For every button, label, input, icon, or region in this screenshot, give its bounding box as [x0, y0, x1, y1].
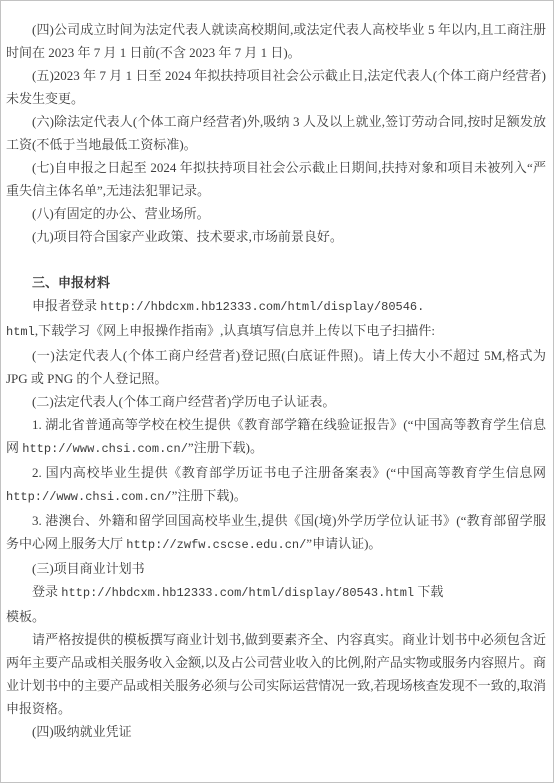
- text-segment: ”注册下载)。: [188, 440, 263, 455]
- url-text-cscse: http://zwfw.cscse.edu.cn/: [126, 538, 306, 552]
- clause-4-company-founding-time: (四)公司成立时间为法定代表人就读高校期间,或法定代表人高校毕业 5 年以内,且…: [6, 18, 546, 64]
- para-template-download: 登录 http://hbdcxm.hb12333.com/html/displa…: [6, 580, 546, 628]
- text-segment: 登录: [32, 584, 61, 599]
- material-1-registration-photo: (一)法定代表人(个体工商户经营者)登记照(白底证件照)。请上传大小不超过 5M…: [6, 344, 546, 390]
- item-1-hubei-students: 1. 湖北省普通高等学校在校生提供《教育部学籍在线验证报告》(“中国高等教育学生…: [6, 413, 546, 461]
- url-text-chsi: http://www.chsi.com.cn/: [6, 490, 172, 504]
- material-3-business-plan-title: (三)项目商业计划书: [6, 557, 546, 580]
- item-2-domestic-graduates: 2. 国内高校毕业生提供《教育部学历证书电子注册备案表》(“中国高等教育学生信息…: [6, 461, 546, 509]
- clause-6-employment-contracts: (六)除法定代表人(个体工商户经营者)外,吸纳 3 人及以上就业,签订劳动合同,…: [6, 110, 546, 156]
- clause-9-industry-policy: (九)项目符合国家产业政策、技术要求,市场前景良好。: [6, 225, 546, 248]
- para-login-and-guide: 申报者登录 http://hbdcxm.hb12333.com/html/dis…: [6, 294, 546, 344]
- document-page: (四)公司成立时间为法定代表人就读高校期间,或法定代表人高校毕业 5 年以内,且…: [0, 0, 554, 783]
- url-text-80543: http://hbdcxm.hb12333.com/html/display/8…: [61, 586, 414, 600]
- material-4-employment-proof: (四)吸纳就业凭证: [6, 720, 546, 743]
- clause-5-no-legal-rep-change: (五)2023 年 7 月 1 日至 2024 年拟扶持项目社会公示截止日,法定…: [6, 64, 546, 110]
- para-business-plan-requirements: 请严格按提供的模板撰写商业计划书,做到要素齐全、内容真实。商业计划书中必须包含近…: [6, 628, 546, 720]
- url-text-80546-tail: html: [6, 325, 35, 339]
- text-segment: ”申请认证)。: [306, 536, 381, 551]
- url-text-chsi: http://www.chsi.com.cn/: [22, 442, 188, 456]
- clause-7-no-dishonesty-record: (七)自申报之日起至 2024 年拟扶持项目社会公示截止日期间,扶持对象和项目未…: [6, 156, 546, 202]
- text-segment: 申报者登录: [32, 298, 100, 313]
- section-heading-application-materials: 三、申报材料: [6, 271, 546, 294]
- url-text-80546: http://hbdcxm.hb12333.com/html/display/8…: [100, 300, 424, 314]
- item-3-overseas-graduates: 3. 港澳台、外籍和留学回国高校毕业生,提供《国(境)外学历学位认证书》(“教育…: [6, 509, 546, 557]
- text-segment: ”注册下载)。: [172, 488, 247, 503]
- clause-8-fixed-premises: (八)有固定的办公、营业场所。: [6, 202, 546, 225]
- text-segment: ,下载学习《网上申报操作指南》,认真填写信息并上传以下电子扫描件:: [35, 323, 435, 338]
- material-2-education-certification: (二)法定代表人(个体工商户经营者)学历电子认证表。: [6, 390, 546, 413]
- text-segment: 下载: [414, 584, 443, 599]
- text-segment: 模板。: [6, 609, 45, 624]
- text-segment: 2. 国内高校毕业生提供《教育部学历证书电子注册备案表》(“中国高等教育学生信息…: [32, 465, 546, 480]
